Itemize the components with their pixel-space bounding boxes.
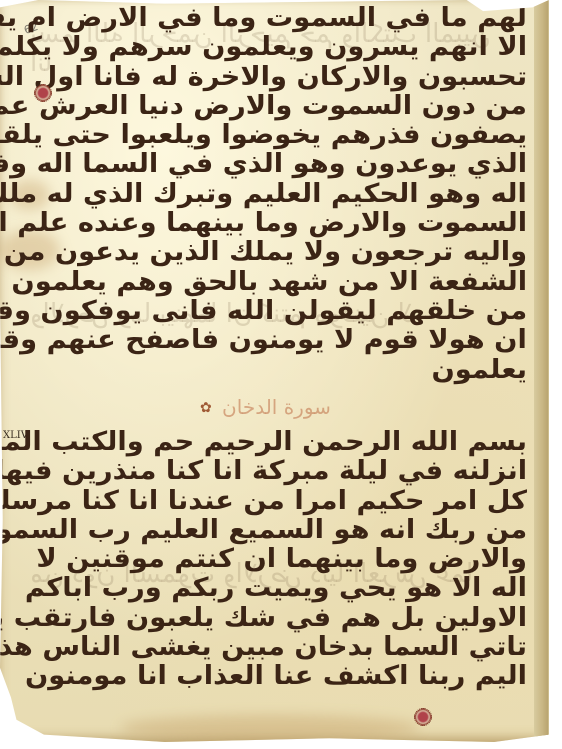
text-line: كل امر حكيم امرا من عندنا انا كنا مرسلين… (0, 487, 527, 516)
binding-strip (534, 0, 548, 742)
text-line: من خلقهم ليقولن الله فانى يوفكون وقيله ي… (0, 297, 527, 326)
text-line: اله الا هو يحي ويميت ربكم ورب اباكم (0, 574, 527, 603)
text-line: اليم ربنا اكشف عنا العذاب انا مومنون (0, 662, 527, 691)
manuscript-page: 62 بسم الله الرحمن الرحيم حم والكتب المب… (0, 0, 549, 742)
stain (120, 715, 420, 740)
text-line: السموت والارض وما بينهما وعنده علم الساع… (0, 209, 527, 238)
text-line: يصفون فذرهم يخوضوا ويلعبوا حتى يلقوا يوم… (0, 121, 527, 150)
text-line: من ربك انه هو السميع العليم رب السموت (0, 516, 527, 545)
text-line: يعلمون (0, 356, 527, 385)
text-line: الاولين بل هم في شك يلعبون فارتقب يوم (0, 604, 527, 633)
text-section-2: بسم الله الرحمن الرحيم حم والكتب المبين … (22, 428, 527, 692)
chapter-heading: سورة الدخان (24, 394, 529, 420)
text-line: اله وهو الحكيم العليم وتبرك الذي له ملك (0, 180, 527, 209)
text-line: تاتي السما بدخان مبين يغشى الناس هذا عذا… (0, 633, 527, 662)
text-line: الشفعة الا من شهد بالحق وهم يعلمون ولين … (0, 268, 527, 297)
text-line: تحسبون والاركان والاخرة له فانا اول السح… (0, 63, 527, 92)
text-line: لهم ما في السموت وما في الارض ام يقولون (0, 4, 527, 33)
text-line: انزلنه في ليلة مبركة انا كنا منذرين فيها… (0, 457, 527, 486)
text-line: الا انهم يسرون ويعلمون سرهم ولا يكلمهم (0, 33, 527, 62)
verse-marker-icon (34, 84, 52, 102)
text-line: الذي يوعدون وهو الذي في السما اله وفي ال… (0, 150, 527, 179)
ornament-icon: ✿ (200, 400, 214, 418)
text-section-1: لهم ما في السموت وما في الارض ام يقولون … (22, 4, 527, 385)
verse-marker-icon (414, 708, 432, 726)
text-line: والارض وما بينهما ان كنتم موقنين لا (0, 545, 527, 574)
text-line: واليه ترجعون ولا يملك الذين يدعون من دون… (0, 238, 527, 267)
text-line: بسم الله الرحمن الرحيم حم والكتب المبين … (0, 428, 527, 457)
text-line: ان هولا قوم لا يومنون فاصفح عنهم وقل سلم… (0, 326, 527, 355)
text-line: من دون السموت والارض دنيا العرش عما (0, 92, 527, 121)
